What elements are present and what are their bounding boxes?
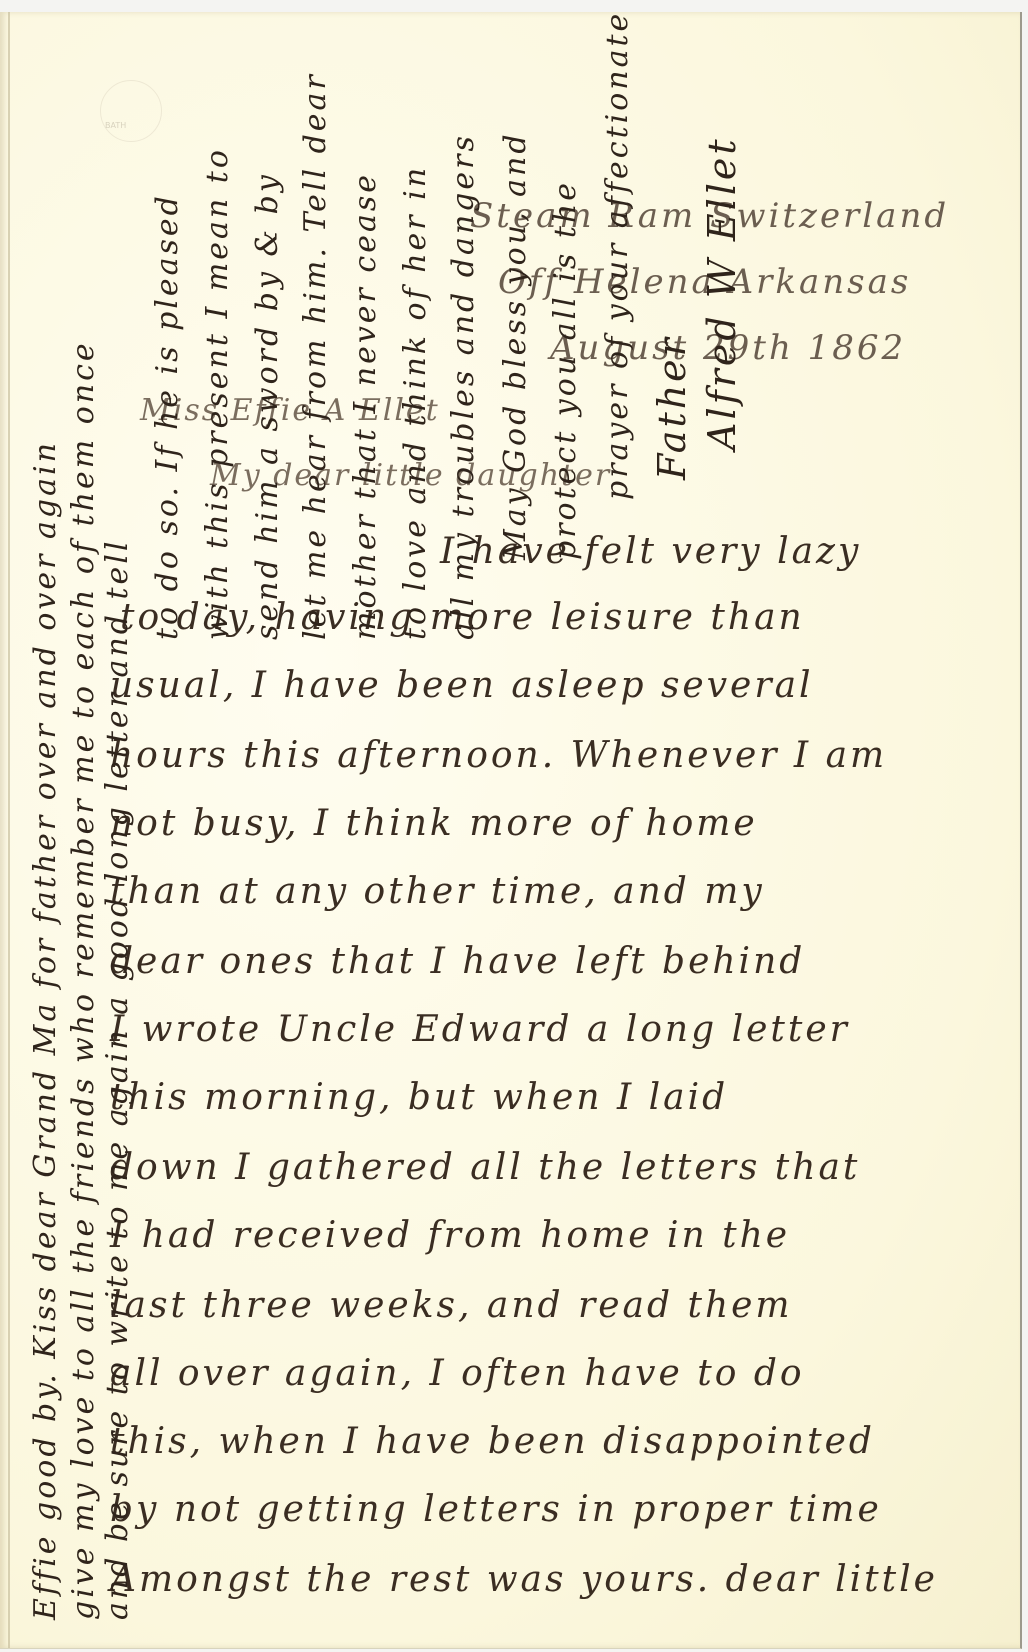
body-line: than at any other time, and my: [110, 874, 765, 910]
paper-watermark-emblem: BATH: [100, 80, 162, 142]
body-line: not busy, I think more of home: [110, 806, 758, 842]
signature-name: Alfred W Ellet: [700, 136, 744, 450]
body-line: I had received from home in the: [110, 1218, 790, 1254]
body-line: dear ones that I have left behind: [110, 944, 805, 980]
body-line: I wrote Uncle Edward a long letter: [110, 1012, 850, 1048]
body-line: all over again, I often have to do: [110, 1356, 805, 1392]
cross-written-line: mother that I never cease: [348, 172, 383, 640]
cross-written-line: to love and think of her in: [398, 165, 433, 640]
cross-written-line: Effie good by. Kiss dear Grand Ma for fa…: [28, 440, 63, 1620]
cross-written-line: prayer of your affectionate: [600, 11, 635, 500]
body-line: this morning, but when I laid: [110, 1080, 728, 1116]
body-line: Amongst the rest was yours. dear little: [110, 1562, 938, 1598]
cross-written-line: to do so. If he is pleased: [150, 193, 185, 640]
body-line: down I gathered all the letters that: [110, 1150, 860, 1186]
body-line: last three weeks, and read them: [110, 1288, 793, 1324]
cross-written-line: give my love to all the friends who reme…: [66, 340, 101, 1620]
cross-written-line: send him a sword by & by: [250, 172, 285, 640]
cross-written-line: protect you all is the: [548, 180, 583, 560]
cross-written-line: and be sure to write to me again a good …: [100, 539, 135, 1620]
body-line: usual, I have been asleep several: [110, 668, 814, 704]
body-line: hours this afternoon. Whenever I am: [110, 738, 887, 774]
cross-written-line: with this present I mean to: [200, 147, 235, 640]
signature-closing: Father: [650, 335, 694, 480]
body-line: by not getting letters in proper time: [110, 1492, 882, 1528]
cross-written-line: May God bless you, and: [498, 131, 533, 560]
page-fold-edge: [8, 12, 10, 1648]
cross-written-line: let me hear from him. Tell dear: [298, 72, 333, 640]
body-line: this, when I have been disappointed: [110, 1424, 875, 1460]
watermark-text: BATH: [105, 121, 126, 130]
cross-written-line: all my troubles and dangers: [446, 133, 481, 640]
